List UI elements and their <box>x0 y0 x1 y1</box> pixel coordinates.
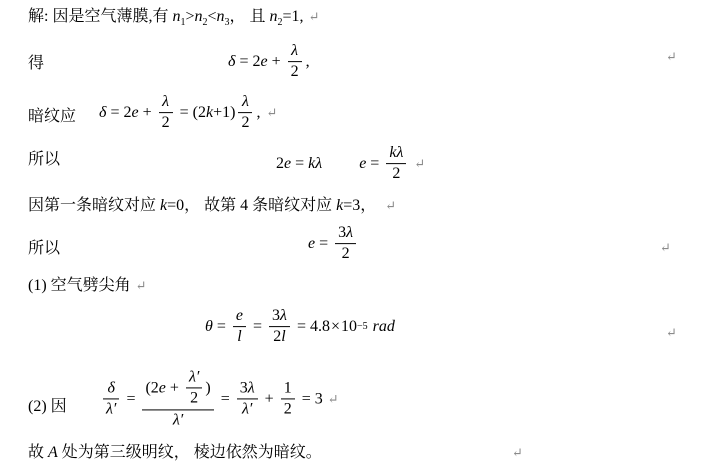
fraction: 3λ 2 <box>335 224 356 264</box>
fraction-numerator: λ <box>159 93 172 111</box>
paragraph-return-icon: ↵ <box>136 278 147 293</box>
fraction-denominator: l <box>234 329 244 347</box>
math-token: = <box>370 155 379 173</box>
math-token: < <box>207 8 216 25</box>
fraction-denominator: λ′ <box>103 400 119 418</box>
math-token: 10 <box>341 318 357 336</box>
math-token: ) <box>205 379 210 397</box>
formula-e-3lambda-2: e = 3λ 2 <box>308 224 359 264</box>
fraction-bar <box>386 164 406 165</box>
math-token: 2 <box>276 155 284 173</box>
math-token: = <box>110 104 119 122</box>
line-text: =0， 故第 4 条暗纹对应 <box>167 197 336 214</box>
math-token: e <box>131 104 138 122</box>
fraction: λ′ 2 <box>186 368 202 408</box>
formula-delta-2e: δ = 2 e + λ 2 , <box>228 42 311 82</box>
math-token: = <box>302 390 311 408</box>
fraction: δ λ′ <box>103 379 119 419</box>
math-token: δ <box>228 53 235 71</box>
fraction: 3λ 2l <box>269 307 290 347</box>
paragraph-return-icon: ↵ <box>266 105 277 121</box>
fraction-denominator: 2 <box>187 390 201 408</box>
solution-line-1: 解: 因是空气薄膜,有 n1>n2<n3， 且 n2=1,↵ <box>28 7 319 33</box>
math-token: l <box>281 329 285 347</box>
fraction: λ 2 <box>288 42 302 82</box>
fraction-bar <box>186 388 202 389</box>
math-token: n <box>270 8 278 25</box>
paragraph-return-icon: ↵ <box>666 49 677 65</box>
solution-line-5: 因第一条暗纹对应 k=0， 故第 4 条暗纹对应 k=3， ↵ <box>28 196 396 216</box>
math-token: = <box>217 318 226 336</box>
fraction-numerator: λ′ <box>186 368 202 386</box>
math-token: = <box>126 390 135 408</box>
fraction-bar <box>142 409 213 410</box>
formula-theta: θ = e l = 3λ 2l = 4.8 × 10 −5 rad <box>205 307 395 347</box>
math-token: = <box>221 390 230 408</box>
math-token: θ <box>205 318 213 336</box>
math-token: = <box>297 318 306 336</box>
math-token: = <box>253 318 262 336</box>
line-label: 暗纹应 <box>28 103 76 126</box>
fraction-bar <box>281 398 295 399</box>
math-token: (2 <box>145 379 158 397</box>
big-fraction: (2 e + λ′ 2 ) λ′ <box>142 368 213 429</box>
line-label: 所以 <box>28 146 60 169</box>
fraction-numerator: kλ <box>386 144 406 162</box>
fraction: λ 2 <box>238 93 252 133</box>
math-token: = <box>180 104 189 122</box>
math-token: = <box>319 235 328 253</box>
paragraph-return-icon: ↵ <box>414 156 425 172</box>
fraction: λ 2 <box>159 93 173 133</box>
fraction-bar <box>233 327 246 328</box>
line-text: =3， <box>343 197 380 214</box>
fraction-denominator: 2 <box>238 115 252 133</box>
fraction-denominator: 2 <box>339 246 353 264</box>
math-token: × <box>331 318 340 336</box>
math-token: (2 <box>193 104 206 122</box>
fraction-numerator: 3λ <box>269 307 290 325</box>
math-token: rad <box>373 318 395 336</box>
fraction-bar <box>269 327 290 328</box>
math-token: + <box>272 53 281 71</box>
paragraph-return-icon: ↵ <box>660 240 671 256</box>
math-token: , <box>256 104 260 122</box>
math-token: 3 <box>338 224 346 242</box>
fraction-bar <box>237 398 258 399</box>
fraction: 1 2 <box>281 379 295 419</box>
fraction-denominator: λ′ <box>239 400 255 418</box>
math-token: δ <box>99 104 106 122</box>
math-token: 3 <box>315 390 323 408</box>
line-text: ， 且 <box>230 8 270 25</box>
fraction-numerator: 1 <box>281 379 295 397</box>
line-text: 处为第三级明纹， 棱边依然为暗纹。 <box>58 444 322 461</box>
math-token: , <box>306 53 310 71</box>
solution-line-10: 故 A 处为第三级明纹， 棱边依然为暗纹。 <box>28 443 322 463</box>
math-token: e <box>284 155 291 173</box>
fraction-denominator: λ′ <box>170 411 186 429</box>
math-token: +1) <box>213 104 235 122</box>
math-token: 2 <box>273 329 281 347</box>
math-token: 4.8 <box>310 318 330 336</box>
fraction-numerator: δ <box>105 379 118 397</box>
fraction-numerator: e <box>233 307 246 325</box>
fraction-bar <box>103 398 119 399</box>
formula-dark-fringe: δ = 2 e + λ 2 = (2 k +1) λ 2 , ↵ <box>99 93 277 133</box>
math-token: + <box>265 390 274 408</box>
math-token: =1, <box>283 8 304 25</box>
fraction-bar <box>159 113 173 114</box>
math-token: + <box>143 104 152 122</box>
fraction: e l <box>233 307 246 347</box>
formula-2e-klambda: 2 e = k λ e = kλ 2 ↵ <box>276 144 425 184</box>
math-token: e <box>359 155 366 173</box>
solution-line-7: (1) 空气劈尖角↵ <box>28 276 147 296</box>
line-label: (2) 因 <box>28 393 67 416</box>
math-token: e <box>260 53 267 71</box>
fraction-denominator: 2 <box>288 64 302 82</box>
formula-delta-lambda-prime: δ λ′ = (2 e + λ′ 2 ) λ′ = 3λ λ′ <box>100 368 339 429</box>
math-token: = <box>239 53 248 71</box>
line-text: 解: 因是空气薄膜,有 <box>28 8 172 25</box>
fraction-denominator: 2 <box>159 115 173 133</box>
math-token: n <box>217 8 225 25</box>
math-token: 3 <box>272 307 280 325</box>
line-text: 故 <box>28 444 48 461</box>
math-token: λ <box>248 379 255 397</box>
math-token: λ <box>280 307 287 325</box>
line-text: (1) 空气劈尖角 <box>28 277 131 294</box>
math-token: λ <box>346 224 353 242</box>
fraction-numerator: 3λ <box>237 379 258 397</box>
math-token: + <box>170 379 179 397</box>
fraction-numerator: λ <box>239 93 252 111</box>
fraction-bar <box>288 62 302 63</box>
fraction-bar <box>335 244 356 245</box>
math-token: e <box>159 379 166 397</box>
paragraph-return-icon: ↵ <box>512 445 523 461</box>
fraction-denominator: 2 <box>389 166 403 184</box>
fraction-numerator: λ <box>288 42 301 60</box>
math-token: λ <box>315 155 322 173</box>
fraction-denominator: 2l <box>270 329 288 347</box>
fraction-numerator: (2 e + λ′ 2 ) <box>142 368 213 408</box>
paragraph-return-icon: ↵ <box>328 391 339 407</box>
line-label: 得 <box>28 50 44 73</box>
math-token: 3 <box>240 379 248 397</box>
math-token: A <box>48 444 58 461</box>
paragraph-return-icon: ↵ <box>309 9 320 24</box>
math-token: k <box>206 104 213 122</box>
fraction-numerator: 3λ <box>335 224 356 242</box>
line-label: 所以 <box>28 235 60 258</box>
document-page: 解: 因是空气薄膜,有 n1>n2<n3， 且 n2=1,↵ 得 δ = 2 e… <box>0 0 709 473</box>
paragraph-return-icon: ↵ <box>385 198 396 213</box>
line-text: 因第一条暗纹对应 <box>28 197 160 214</box>
math-token: e <box>308 235 315 253</box>
fraction: kλ 2 <box>386 144 406 184</box>
math-token: = <box>295 155 304 173</box>
fraction-bar <box>238 113 252 114</box>
math-token: λ <box>396 144 403 162</box>
fraction: 3λ λ′ <box>237 379 258 419</box>
math-token: 2 <box>123 104 131 122</box>
math-token: 2 <box>252 53 260 71</box>
fraction-denominator: 2 <box>281 400 295 418</box>
paragraph-return-icon: ↵ <box>666 325 677 341</box>
superscript: −5 <box>357 322 368 333</box>
